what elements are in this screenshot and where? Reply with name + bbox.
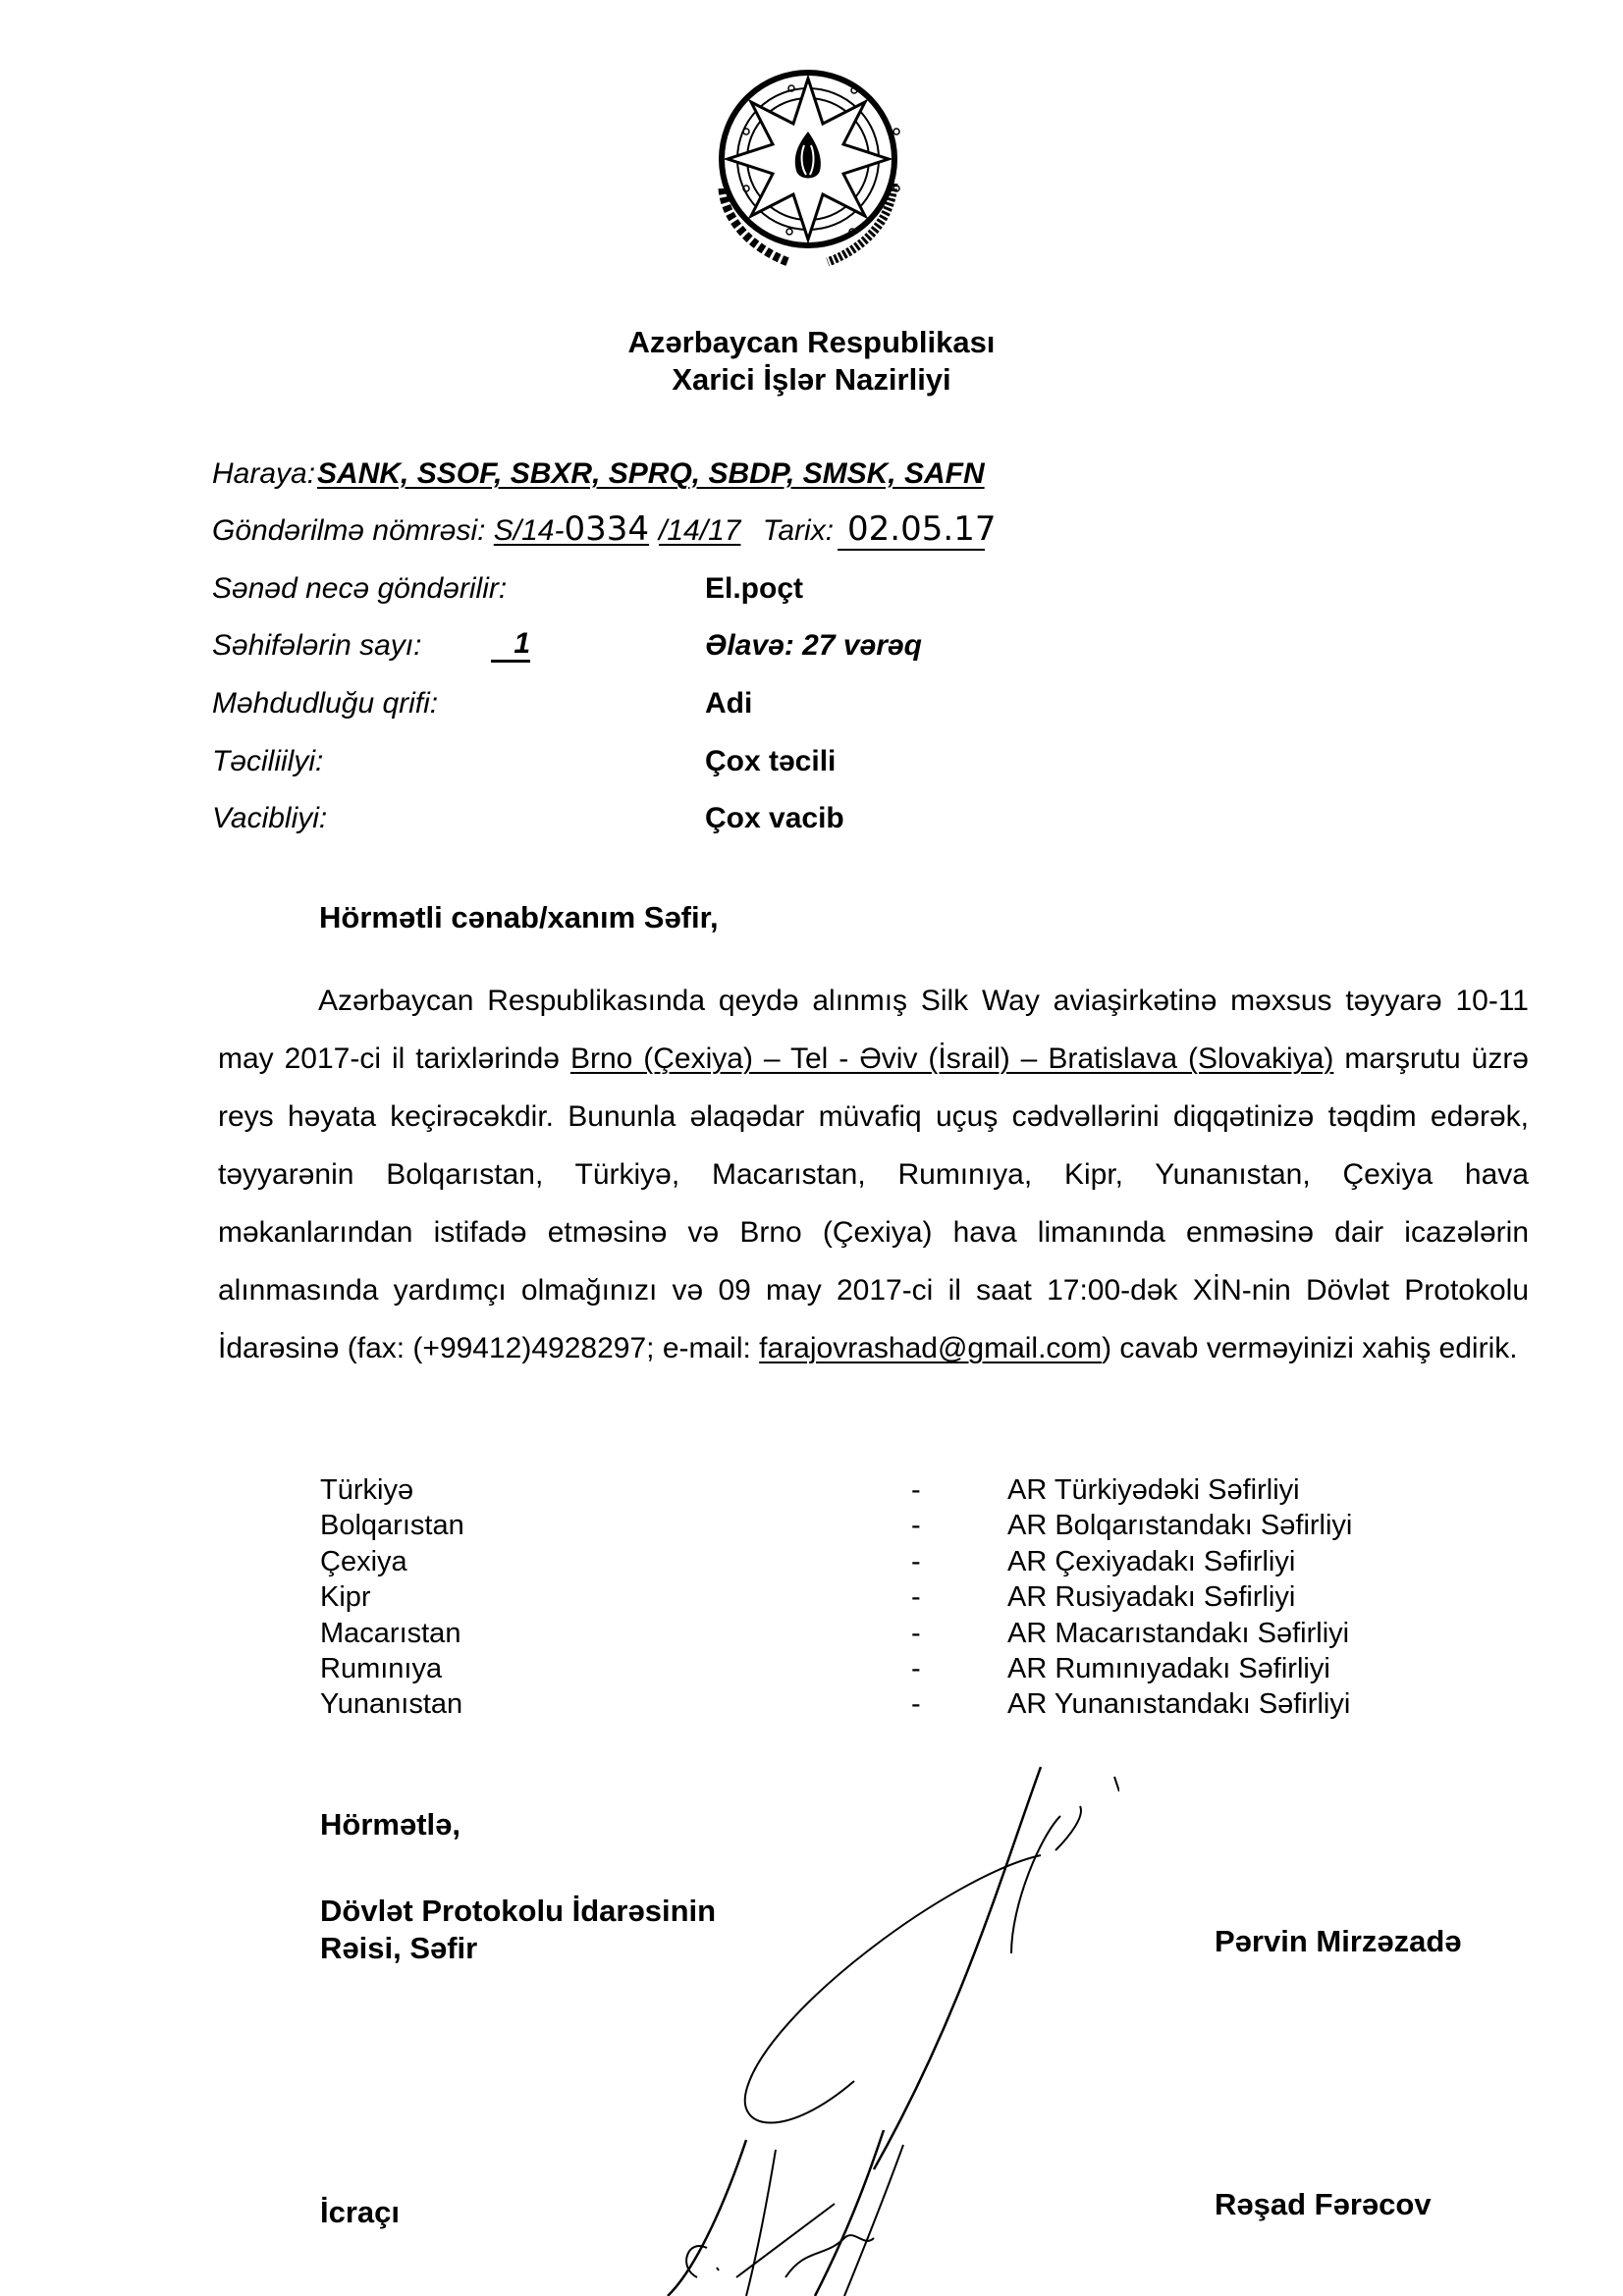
embassy-row: Macarıstan-AR Macarıstandakı Səfirliyi <box>320 1616 1498 1651</box>
executor-label: İcraçı <box>320 2194 400 2231</box>
signer-name: Pərvin Mirzəzadə <box>1215 1924 1462 1959</box>
restriction-label: Məhdudluğu qrifi: <box>212 686 438 721</box>
outgoing-number-value: S/14-0334/14/17 <box>494 514 741 547</box>
signature-icon <box>707 1757 1119 2179</box>
handwritten-number: 0334 <box>565 509 650 549</box>
ministry-name: Xarici İşlər Nazirliyi <box>0 361 1623 399</box>
closing-regards: Hörmətlə, <box>320 1806 460 1843</box>
restriction-value: Adi <box>705 686 752 721</box>
embassy-row: Çexiya-AR Çexiyadakı Səfirliyi <box>320 1544 1498 1579</box>
embassy-row: Kipr-AR Rusiyadakı Səfirliyi <box>320 1579 1498 1615</box>
send-method-value: El.poçt <box>705 571 803 607</box>
flight-route: Brno (Çexiya) – Tel - Əviv (İsrail) – Br… <box>570 1042 1333 1075</box>
urgency-label: Təciliilyi: <box>212 744 323 779</box>
signer-title-line1: Dövlət Protokolu İdarəsinin <box>320 1893 716 1930</box>
recipients-value: SANK, SSOF, SBXR, SPRQ, SBDP, SMSK, SAFN <box>317 457 985 490</box>
embassy-list: Türkiyə-AR Türkiyədəki Səfirliyi Bolqarı… <box>320 1472 1498 1723</box>
recipients-label: Haraya: <box>212 457 315 490</box>
embassy-row: Türkiyə-AR Türkiyədəki Səfirliyi <box>320 1472 1498 1508</box>
page-count-value: 1 <box>491 628 530 663</box>
handwritten-date: 02.05.17 <box>847 509 996 549</box>
send-method-label: Sənəd necə göndərilir: <box>212 571 507 607</box>
letter-body: Azərbaycan Respublikasında qeydə alınmış… <box>218 972 1529 1377</box>
email-link[interactable]: farajovrashad@gmail.com <box>759 1332 1102 1364</box>
executor-signature-icon <box>619 2130 972 2296</box>
embassy-row: Yunanıstan-AR Yunanıstandakı Səfirliyi <box>320 1686 1498 1722</box>
attachment-value: Əlavə: 27 vərəq <box>705 628 922 664</box>
ministry-country: Azərbaycan Respublikası <box>0 324 1623 361</box>
page-count-label: Səhifələrin sayı: <box>212 628 421 664</box>
letter-paragraph: Azərbaycan Respublikasında qeydə alınmış… <box>218 972 1529 1377</box>
outgoing-number-label: Göndərilmə nömrəsi: <box>212 514 485 547</box>
date-label: Tarix: <box>763 514 834 547</box>
state-emblem-icon <box>705 61 911 267</box>
signer-title-line2: Rəisi, Səfir <box>320 1930 477 1967</box>
outgoing-number-line: Göndərilmə nömrəsi: S/14-0334/14/17 Tari… <box>212 511 985 551</box>
importance-label: Vacibliyi: <box>212 801 327 836</box>
date-field: 02.05.17 <box>838 511 985 551</box>
salutation: Hörmətli cənab/xanım Səfir, <box>319 900 719 935</box>
embassy-row: Bolqarıstan-AR Bolqarıstandakı Səfirliyi <box>320 1508 1498 1543</box>
importance-value: Çox vacib <box>705 801 844 836</box>
executor-name: Rəşad Fərəcov <box>1215 2187 1432 2222</box>
urgency-value: Çox təcili <box>705 744 836 779</box>
recipients-line: Haraya:SANK, SSOF, SBXR, SPRQ, SBDP, SMS… <box>212 456 985 492</box>
embassy-row: Rumınıya-AR Rumınıyadakı Səfirliyi <box>320 1651 1498 1686</box>
